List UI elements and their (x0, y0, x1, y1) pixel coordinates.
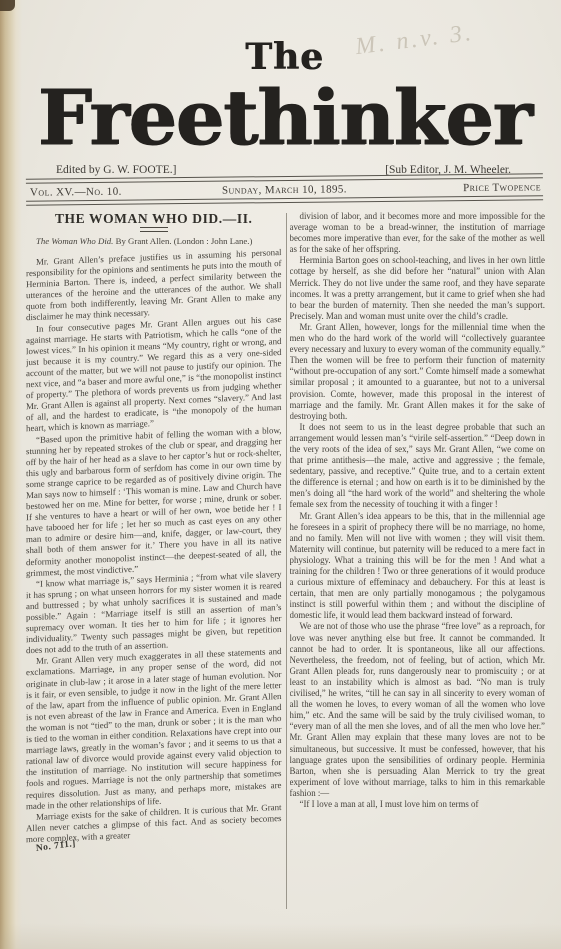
left-column-body: Mr. Grant Allen’s preface justifies us i… (26, 247, 282, 856)
article-paragraph: We are not of those who use the phrase “… (290, 621, 546, 799)
article-paragraph: It does not seem to us in the least degr… (290, 422, 546, 511)
article-paragraph: Mr. Grant Allen very much exaggerates in… (26, 646, 282, 812)
article-paragraph: division of labor, and it becomes more a… (290, 211, 546, 255)
scanned-periodical-page: M. n.v. 3. The Freethinker Edited by G. … (0, 0, 561, 949)
column-rule (286, 213, 287, 909)
page-corner-shadow (0, 0, 15, 11)
volume-number: Vol. XV.—No. 10. (30, 186, 122, 199)
printed-content: The Freethinker Edited by G. W. FOOTE.] … (22, 0, 547, 923)
article-paragraph: “Based upon the primitive habit of felli… (26, 424, 282, 578)
article-title: THE WOMAN WHO DID.—II. (26, 213, 282, 224)
header-rules: Vol. XV.—No. 10. Sunday, March 10, 1895.… (22, 173, 547, 205)
article-header: THE WOMAN WHO DID.—II. (26, 213, 282, 232)
editor-left: Edited by G. W. FOOTE.] (56, 164, 176, 176)
left-column: THE WOMAN WHO DID.—II. The Woman Who Did… (26, 211, 282, 923)
article-paragraph: Herminia Barton goes on school-teaching,… (290, 255, 546, 322)
masthead: The Freethinker (22, 38, 547, 160)
article-paragraph: Mr. Grant Allen, however, longs for the … (290, 322, 546, 422)
masthead-title: Freethinker (22, 76, 547, 160)
citation-rest: By Grant Allen. (London : John Lane.) (113, 236, 252, 246)
right-column: division of labor, and it becomes more a… (290, 211, 546, 923)
citation-title: The Woman Who Did. (36, 236, 113, 246)
book-gutter-edge (0, 0, 22, 949)
masthead-the: The (22, 38, 547, 76)
article-paragraph: Mr. Grant Allen’s preface justifies us i… (26, 247, 282, 324)
title-divider (140, 227, 168, 232)
price: Price Twopence (463, 181, 541, 194)
issue-date: Sunday, March 10, 1895. (222, 183, 347, 196)
article-paragraph: Mr. Grant Allen’s idea appears to be thi… (290, 511, 546, 622)
bottom-page-shadow (0, 923, 561, 949)
article-paragraph: In four consecutive pages Mr. Grant Alle… (26, 313, 282, 434)
book-citation: The Woman Who Did. By Grant Allen. (Lond… (26, 236, 282, 247)
article-columns: THE WOMAN WHO DID.—II. The Woman Who Did… (22, 203, 547, 923)
article-paragraph: “I know what marriage is,” says Herminia… (26, 568, 282, 656)
article-paragraph: “If I love a man at all, I must love him… (290, 799, 546, 810)
